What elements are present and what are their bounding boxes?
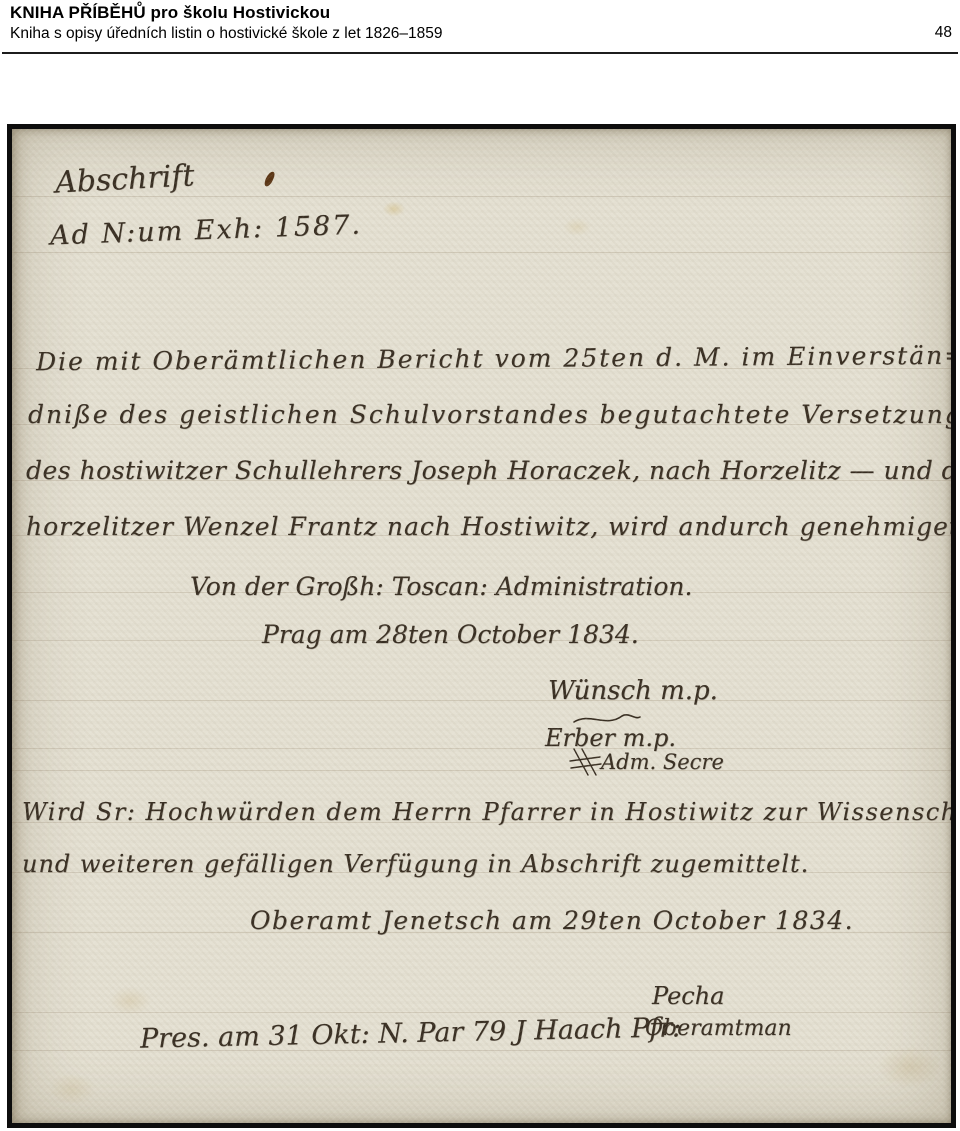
- ruled-line: [12, 770, 951, 771]
- signature-pecha: Pecha: [652, 982, 724, 1010]
- manuscript-body-line-2: dniße des geistlichen Schulvorstandes be…: [28, 400, 951, 429]
- signature-adm-secre: Adm. Secre: [601, 750, 724, 774]
- manuscript-oberamt-line: Oberamt Jenetsch am 29ten October 1834.: [250, 906, 854, 935]
- ruled-line: [12, 252, 951, 253]
- ruled-line: [12, 700, 951, 701]
- page-subtitle: Kniha s opisy úředních listin o hostivic…: [10, 25, 443, 43]
- page-number: 48: [935, 24, 952, 42]
- manuscript-presentation-line: Pres. am 31 Okt: N. Par 79 J Haach Pfr:: [140, 1012, 682, 1054]
- ruled-line: [12, 196, 951, 197]
- manuscript-authority-line: Von der Großh: Toscan: Administration.: [190, 572, 692, 601]
- page-title: KNIHA PŘÍBĚHŮ pro školu Hostivickou: [10, 3, 330, 23]
- ruled-line: [12, 1012, 951, 1013]
- manuscript-forwarding-line-1: Wird Sr: Hochwürden dem Herrn Pfarrer in…: [22, 798, 951, 826]
- manuscript-body-line-3: des hostiwitzer Schullehrers Joseph Hora…: [26, 456, 951, 485]
- manuscript-paper: Abschrift Ad N:um Exh: 1587. Die mit Obe…: [12, 129, 951, 1123]
- signature-wuensch: Wünsch m.p.: [548, 676, 718, 706]
- manuscript-body-line-1: Die mit Oberämtlichen Bericht vom 25ten …: [36, 341, 951, 376]
- scanned-document-frame: Abschrift Ad N:um Exh: 1587. Die mit Obe…: [7, 124, 956, 1128]
- manuscript-place-date-line: Prag am 28ten October 1834.: [262, 620, 639, 649]
- manuscript-forwarding-line-2: und weiteren gefälligen Verfügung in Abs…: [22, 850, 809, 878]
- signature-paraph: [568, 747, 602, 777]
- page-header: KNIHA PŘÍBĚHŮ pro školu Hostivickou Knih…: [0, 0, 960, 56]
- signature-erber: Erber m.p.: [545, 724, 676, 752]
- manuscript-body-line-4: horzelitzer Wenzel Frantz nach Hostiwitz…: [26, 512, 951, 541]
- manuscript-reference-number: Ad N:um Exh: 1587.: [50, 210, 363, 252]
- ruled-line: [12, 748, 951, 749]
- manuscript-heading: Abschrift: [54, 158, 195, 200]
- header-separator-rule: [2, 52, 958, 54]
- ink-blot: [263, 170, 276, 187]
